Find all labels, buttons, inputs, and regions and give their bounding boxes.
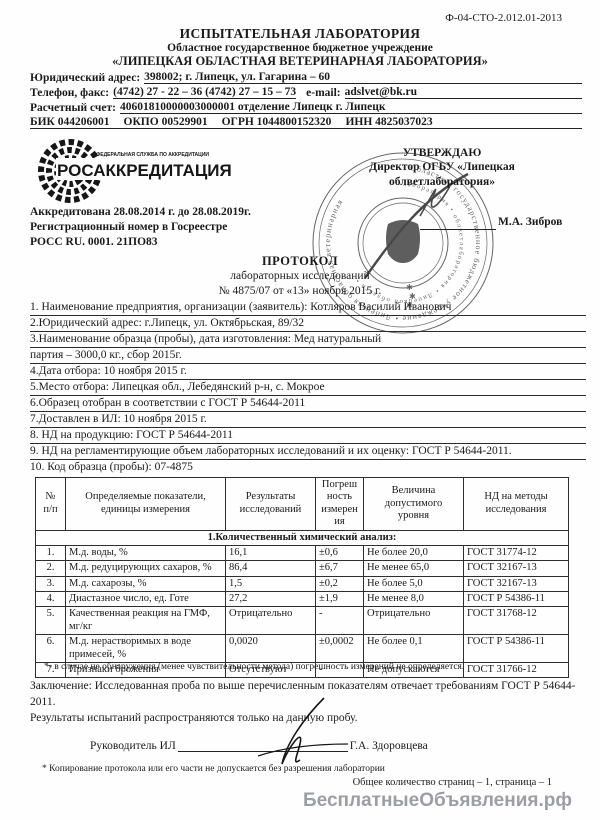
cell-error: ±1,9: [316, 592, 364, 607]
cell-method: ГОСТ Р 54386-11: [464, 592, 569, 607]
cell-num: 5.: [36, 607, 66, 635]
cell-error: ±0,0002: [316, 635, 364, 663]
table-section-row: 1.Количественный химический анализ:: [36, 530, 569, 545]
cell-allowed: Не менее 65,0: [364, 561, 464, 576]
logo-small-text: ФЕДЕРАЛЬНАЯ СЛУЖБА ПО АККРЕДИТАЦИИ: [96, 152, 209, 158]
rosaccreditation-logo: ФЕДЕРАЛЬНАЯ СЛУЖБА ПО АККРЕДИТАЦИИ РОСАК…: [36, 136, 232, 211]
cell-allowed: Отрицательно: [364, 607, 464, 635]
cell-method: ГОСТ 31766-12: [464, 662, 569, 677]
account-label: Расчетный счет:: [30, 102, 120, 114]
list-item-delivered: 7.Доставлен в ИЛ: 10 ноября 2015 г.: [30, 412, 586, 428]
cell-indicator: М.д. нерастворимых в воде примесей, %: [66, 635, 226, 663]
list-item-sample-code: 10. Код образца (пробы): 07-4875: [30, 460, 586, 476]
cell-result: Отрицательно: [226, 607, 316, 635]
codes-line: БИК 044206001 ОКПО 00529901 ОГРН 1044800…: [30, 114, 582, 129]
org-type: Областное государственное бюджетное учре…: [0, 42, 600, 54]
list-item-address: 2.Юридический адрес: г.Липецк, ул. Октяб…: [30, 316, 586, 332]
cell-result: 27,2: [226, 592, 316, 607]
cell-allowed: Не более 0,1: [364, 635, 464, 663]
org-name: «ЛИПЕЦКАЯ ОБЛАСТНАЯ ВЕТЕРИНАРНАЯ ЛАБОРАТ…: [0, 54, 600, 69]
accreditation-dates: Аккредитована 28.08.2014 г. до 28.08.201…: [30, 205, 310, 220]
cell-method: ГОСТ 32167-13: [464, 576, 569, 591]
approval-signature-line: [420, 229, 496, 230]
legal-address-label: Юридический адрес:: [30, 72, 144, 84]
cell-num: 2.: [36, 561, 66, 576]
protocol-number: № 4875/07 от «13» ноября 2015 г.: [0, 284, 600, 299]
inn-value: ИНН 4825037023: [345, 116, 432, 128]
list-item-batch: партия – 3000,0 кг., сбор 2015г.: [30, 348, 586, 364]
cell-allowed: Не более 20,0: [364, 545, 464, 560]
cell-indicator: Диастазное число, ед. Готе: [66, 592, 226, 607]
header-allowed: Величина допустимого уровня: [364, 478, 464, 531]
header-num: № п/п: [36, 478, 66, 531]
cell-method: ГОСТ 31774-12: [464, 545, 569, 560]
cell-indicator: Качественная реакция на ГМФ, мг/кг: [66, 607, 226, 635]
legal-address-value: 398002; г. Липецк, ул. Гагарина – 60: [144, 71, 582, 84]
rosaccreditation-logo-icon: ФЕДЕРАЛЬНАЯ СЛУЖБА ПО АККРЕДИТАЦИИ РОСАК…: [36, 136, 232, 206]
accreditation-register: Регистрационный номер в Госреестре: [30, 220, 310, 235]
cell-result: 0,0020: [226, 635, 316, 663]
table-footnote: *- в случае не обнаружения (менее чувств…: [44, 662, 464, 672]
copy-restriction-note: * Копирование протокола или его части не…: [42, 764, 385, 774]
list-item-scope-standard: 9. НД на регламентирующие объем лаборато…: [30, 444, 586, 460]
cell-method: ГОСТ 31768-12: [464, 607, 569, 635]
accreditation-number: РОСС RU. 0001. 21ПО83: [30, 235, 310, 250]
head-signature-label: Руководитель ИЛ: [90, 740, 176, 752]
ogrn-value: ОГРН 1044800152320: [222, 116, 332, 128]
table-row: 3. М.д. сахарозы, % 1,5 ±0,2 Не более 5,…: [36, 576, 569, 591]
protocol-document-page: Ф-04-СТО-2.012.01-2013 ИСПЫТАТЕЛЬНАЯ ЛАБ…: [0, 0, 600, 820]
table-row: 1. М.д. воды, % 16,1 ±0,6 Не более 20,0 …: [36, 545, 569, 560]
table-row: 4. Диастазное число, ед. Готе 27,2 ±1,9 …: [36, 592, 569, 607]
cell-allowed: Не менее 8,0: [364, 592, 464, 607]
cell-method: ГОСТ Р 54386-11: [464, 635, 569, 663]
list-item-sample-name: 3.Наименование образца (пробы), дата изг…: [30, 332, 586, 348]
section-title: 1.Количественный химический анализ:: [36, 530, 569, 545]
account-line: Расчетный счет: 40601810000003000001 отд…: [30, 99, 582, 114]
okpo-value: ОКПО 00529901: [124, 116, 208, 128]
header-error: Погреш ность измерен ия: [316, 478, 364, 531]
email-value: adslvet@bk.ru: [345, 86, 582, 99]
cell-result: 16,1: [226, 545, 316, 560]
cell-num: 1.: [36, 545, 66, 560]
cell-error: ±6,7: [316, 561, 364, 576]
sample-info-list: 1. Наименование предприятия, организации…: [30, 300, 586, 476]
page-count-note: Общее количество страниц – 1, страница –…: [353, 777, 552, 788]
accreditation-block: Аккредитована 28.08.2014 г. до 28.08.201…: [30, 205, 310, 250]
cell-method: ГОСТ 32167-13: [464, 561, 569, 576]
table-row: 6. М.д. нерастворимых в воде примесей, %…: [36, 635, 569, 663]
cell-num: 4.: [36, 592, 66, 607]
header-method: НД на методы исследования: [464, 478, 569, 531]
list-item-sampling-place: 5.Место отбора: Липецкая обл., Лебедянск…: [30, 380, 586, 396]
signature-icon: [252, 692, 352, 772]
header-indicator: Определяемые показатели, единицы измерен…: [66, 478, 226, 531]
approval-signer-name: М.А. Зибров: [498, 216, 562, 228]
form-code: Ф-04-СТО-2.012.01-2013: [445, 12, 562, 24]
cell-allowed: Не более 5,0: [364, 576, 464, 591]
cell-num: 3.: [36, 576, 66, 591]
document-header: ИСПЫТАТЕЛЬНАЯ ЛАБОРАТОРИЯ Областное госу…: [0, 26, 600, 69]
cell-indicator: М.д. редуцирующих сахаров, %: [66, 561, 226, 576]
account-value: 40601810000003000001 отделение Липецк г.…: [120, 101, 582, 114]
protocol-subtitle: лабораторных исследований: [0, 269, 600, 284]
list-item-sampling-standard: 6.Образец отобран в соответствии с ГОСТ …: [30, 396, 586, 412]
table-header-row: № п/п Определяемые показатели, единицы и…: [36, 478, 569, 531]
cell-error: ±0,2: [316, 576, 364, 591]
protocol-title: ПРОТОКОЛ: [0, 253, 600, 269]
lab-title: ИСПЫТАТЕЛЬНАЯ ЛАБОРАТОРИЯ: [0, 26, 600, 42]
cell-indicator: М.д. сахарозы, %: [66, 576, 226, 591]
cell-result: 86,4: [226, 561, 316, 576]
logo-name-text: РОСАККРЕДИТАЦИЯ: [57, 161, 232, 180]
table-row: 2. М.д. редуцирующих сахаров, % 86,4 ±6,…: [36, 561, 569, 576]
cell-indicator: М.д. воды, %: [66, 545, 226, 560]
site-watermark: БесплатныеОбъявления.рф: [303, 790, 572, 812]
email-label: e-mail:: [296, 87, 344, 99]
cell-error: -: [316, 607, 364, 635]
legal-address-line: Юридический адрес: 398002; г. Липецк, ул…: [30, 69, 582, 84]
list-item-applicant: 1. Наименование предприятия, организации…: [30, 300, 586, 316]
cell-error: ±0,6: [316, 545, 364, 560]
cell-result: 1,5: [226, 576, 316, 591]
protocol-title-block: ПРОТОКОЛ лабораторных исследований № 487…: [0, 253, 600, 299]
requisites-block: Юридический адрес: 398002; г. Липецк, ул…: [30, 69, 582, 129]
phone-label: Телефон, факс:: [30, 87, 113, 99]
cell-num: 6.: [36, 635, 66, 663]
head-signature-name: Г.А. Здоровцева: [350, 740, 428, 752]
header-results: Результаты исследований: [226, 478, 316, 531]
list-item-sampling-date: 4.Дата отбора: 10 ноября 2015 г.: [30, 364, 586, 380]
list-item-product-standard: 8. НД на продукцию: ГОСТ Р 54644-2011: [30, 428, 586, 444]
results-table: № п/п Определяемые показатели, единицы и…: [35, 477, 569, 678]
phone-value: (4742) 27 - 22 – 36 (4742) 27 – 15 – 73: [113, 86, 296, 99]
table-row: 5. Качественная реакция на ГМФ, мг/кг От…: [36, 607, 569, 635]
phone-line: Телефон, факс: (4742) 27 - 22 – 36 (4742…: [30, 84, 582, 99]
bik-value: БИК 044206001: [30, 116, 110, 128]
